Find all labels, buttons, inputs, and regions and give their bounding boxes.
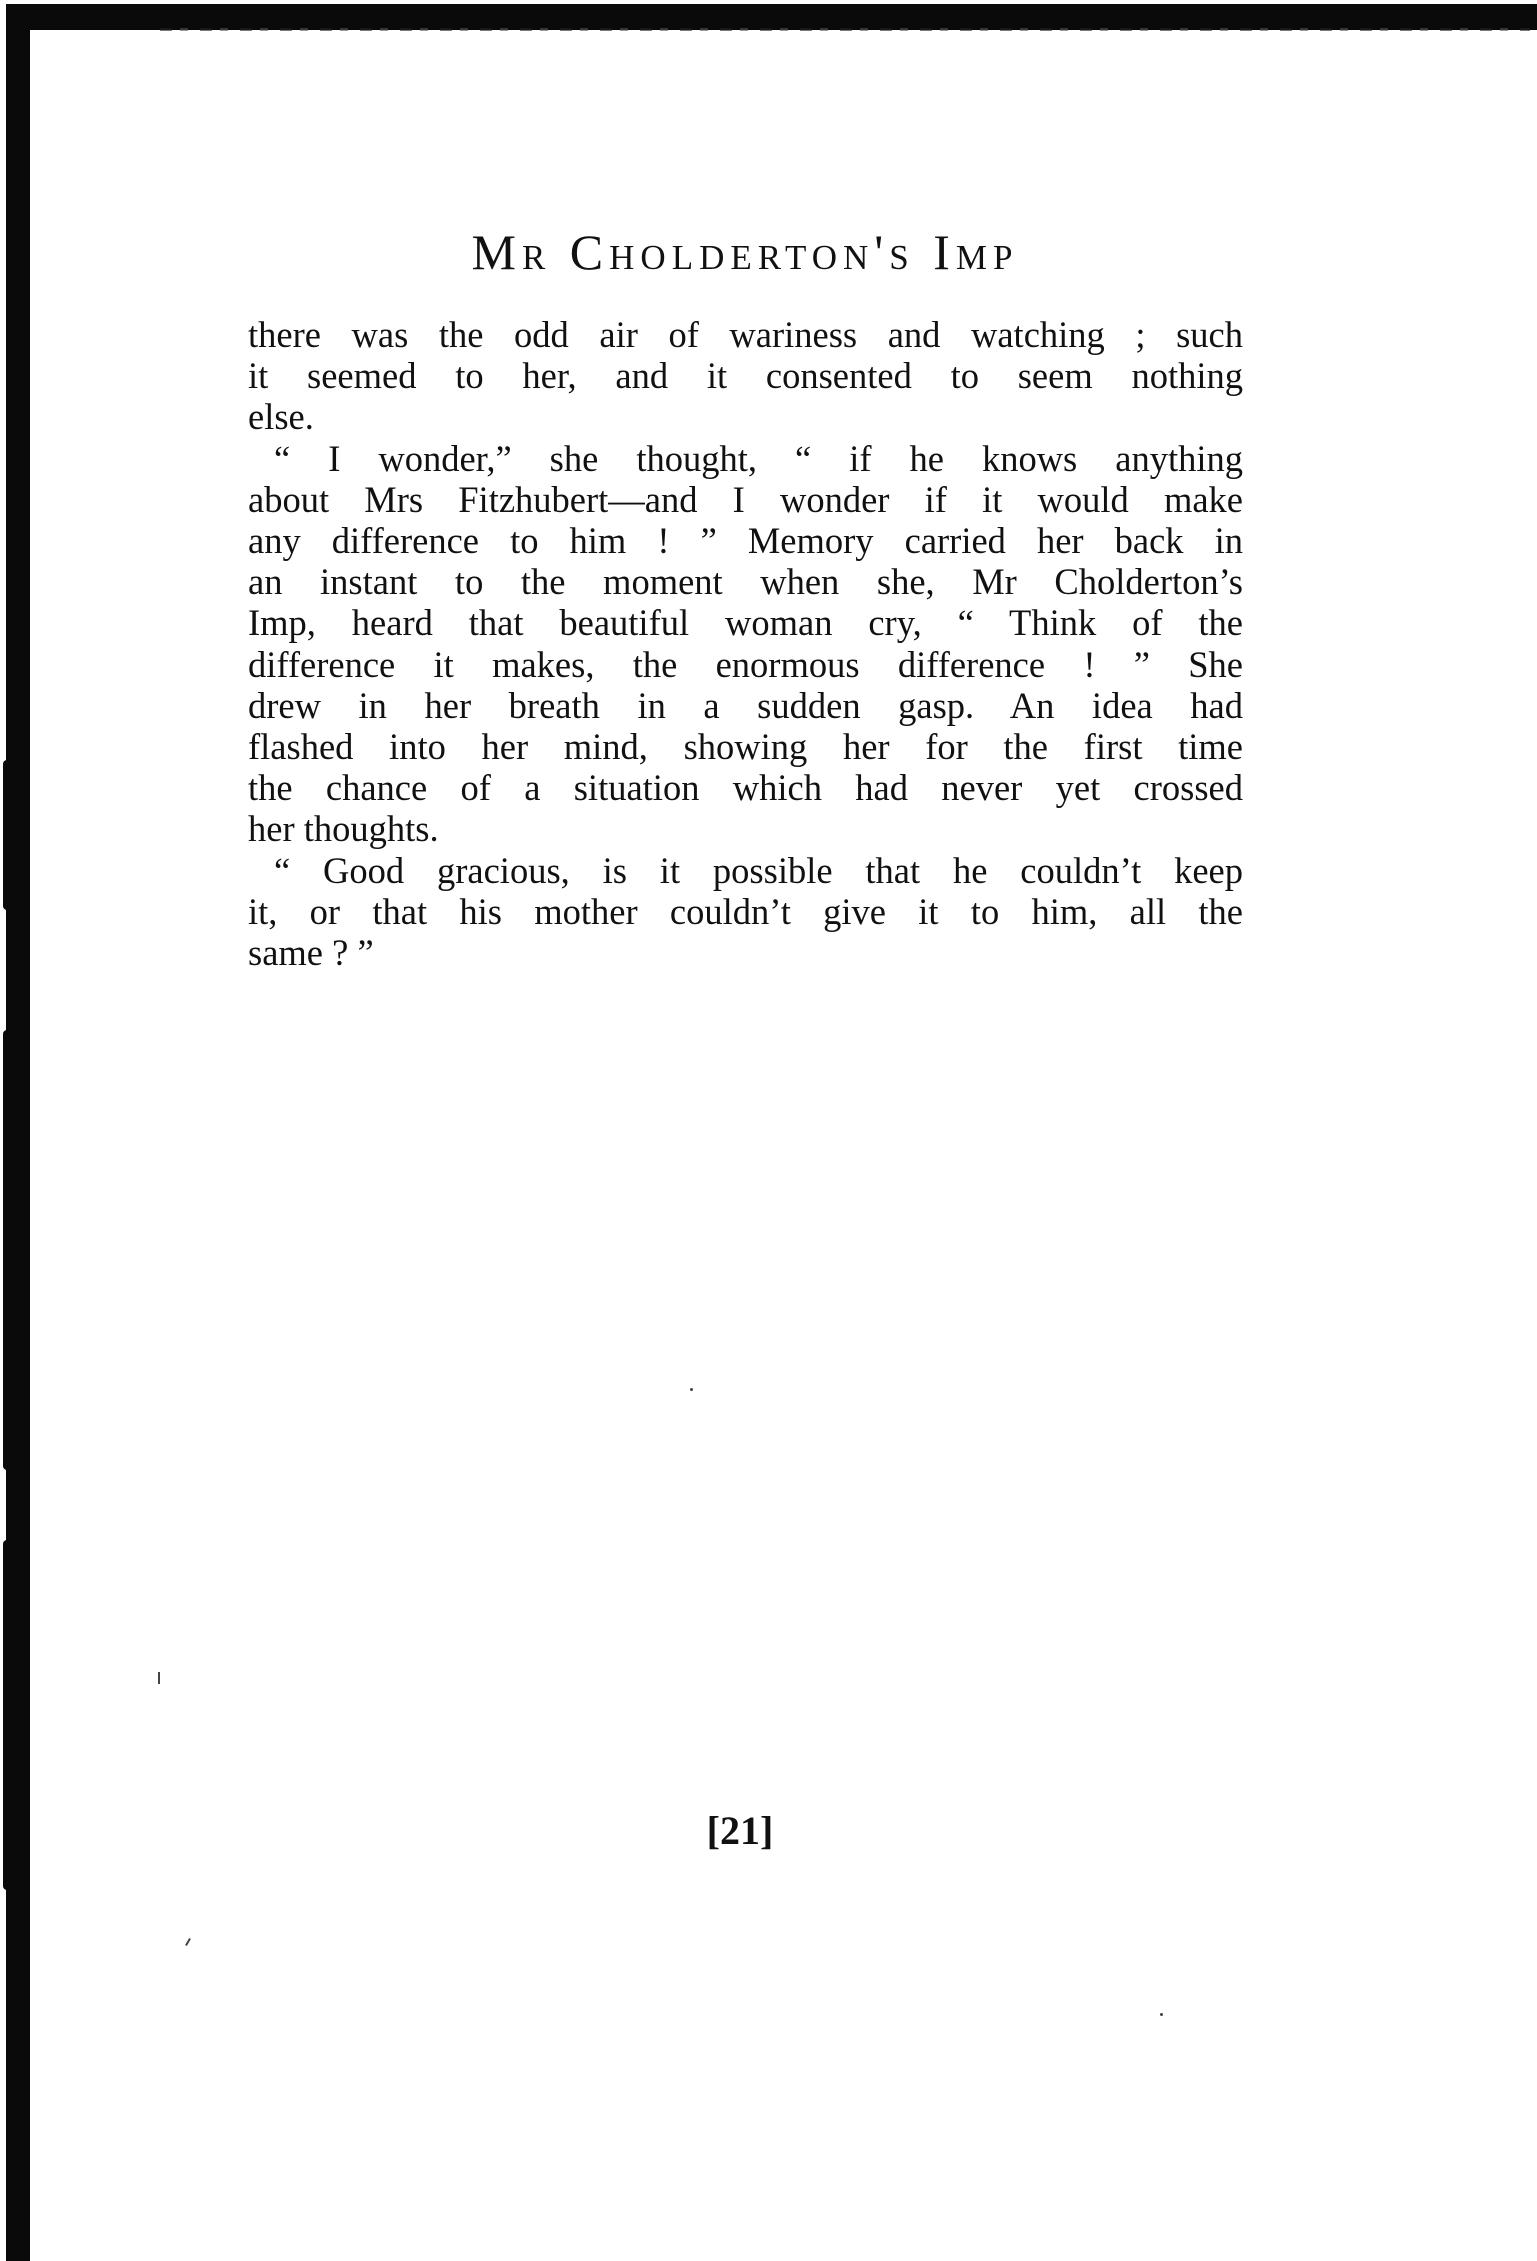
text-line: it, or that his mother couldn’t give it … (248, 891, 1243, 932)
text-line: “ Good gracious, is it possible that he … (248, 850, 1243, 891)
scan-top-edge-fringe (160, 28, 1530, 31)
scan-speck (185, 1938, 191, 1946)
text-line: same ? ” (248, 932, 1243, 973)
text-line: the chance of a situation which had neve… (248, 767, 1243, 808)
scan-speck (1160, 2013, 1163, 2016)
text-line: any difference to him ! ” Memory carried… (248, 520, 1243, 561)
text-line: difference it makes, the enormous differ… (248, 644, 1243, 685)
text-line: about Mrs Fitzhubert—and I wonder if it … (248, 479, 1243, 520)
text-line: drew in her breath in a sudden gasp. An … (248, 685, 1243, 726)
scan-top-edge (8, 4, 1537, 30)
scan-speck (690, 1388, 693, 1391)
scan-left-edge-bulge (3, 1030, 17, 1470)
scan-left-edge-bulge (3, 760, 15, 910)
scan-left-edge-bulge (3, 1540, 17, 1890)
text-line: flashed into her mind, showing her for t… (248, 726, 1243, 767)
scan-speck (158, 1672, 160, 1684)
body-text: there was the odd air of wariness and wa… (248, 314, 1243, 973)
text-line: “ I wonder,” she thought, “ if he knows … (248, 438, 1243, 479)
text-line: Imp, heard that beautiful woman cry, “ T… (248, 602, 1243, 643)
text-line: else. (248, 396, 1243, 437)
text-line: it seemed to her, and it consented to se… (248, 355, 1243, 396)
text-line: there was the odd air of wariness and wa… (248, 314, 1243, 355)
text-line: her thoughts. (248, 808, 1243, 849)
running-header: Mr Cholderton's Imp (240, 222, 1250, 282)
page-number: [21] (690, 1806, 790, 1856)
text-line: an instant to the moment when she, Mr Ch… (248, 561, 1243, 602)
